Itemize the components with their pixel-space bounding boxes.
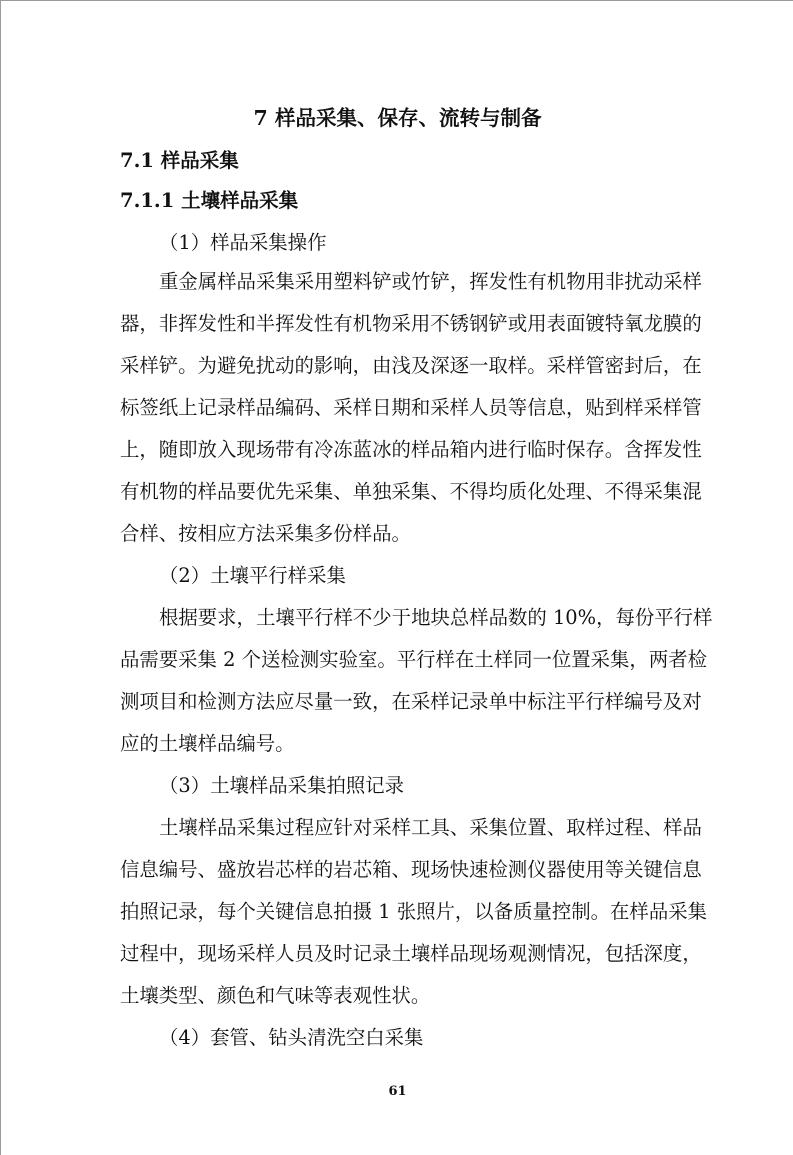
- paragraph-line: 根据要求，土壤平行样不少于地块总样品数的 10%，每份平行样: [159, 606, 676, 630]
- paragraph-line: 重金属样品采集采用塑料铲或竹铲，挥发性有机物用非扰动采样: [159, 270, 676, 294]
- item-heading-4: （4）套管、钻头清洗空白采集: [159, 1026, 715, 1050]
- subsection-title: 7.1.1 土壤样品采集: [120, 189, 676, 213]
- page-number: 61: [1, 1084, 793, 1100]
- paragraph-line: 土壤样品采集过程应针对采样工具、采集位置、取样过程、样品: [159, 816, 676, 840]
- paragraph-line: 应的土壤样品编号。: [120, 732, 676, 756]
- paragraph-line: 过程中，现场采样人员及时记录土壤样品现场观测情况，包括深度，: [120, 942, 676, 966]
- paragraph-line: 土壤类型、颜色和气味等表观性状。: [120, 984, 676, 1008]
- section-title: 7.1 样品采集: [120, 149, 676, 173]
- paragraph-line: 采样铲。为避免扰动的影响，由浅及深逐一取样。采样管密封后，在: [120, 354, 676, 378]
- paragraph-line: 信息编号、盛放岩芯样的岩芯箱、现场快速检测仪器使用等关键信息: [120, 858, 676, 882]
- paragraph-line: 器，非挥发性和半挥发性有机物采用不锈钢铲或用表面镀特氧龙膜的: [120, 312, 676, 336]
- chapter-title: 7 样品采集、保存、流转与制备: [1, 105, 793, 131]
- document-page: 7 样品采集、保存、流转与制备 7.1 样品采集 7.1.1 土壤样品采集 （1…: [0, 0, 793, 1155]
- paragraph-line: 上，随即放入现场带有冷冻蓝冰的样品箱内进行临时保存。含挥发性: [120, 438, 676, 462]
- item-heading-1: （1）样品采集操作: [159, 231, 715, 255]
- paragraph-line: 合样、按相应方法采集多份样品。: [120, 522, 676, 546]
- paragraph-line: 测项目和检测方法应尽量一致，在采样记录单中标注平行样编号及对: [120, 690, 676, 714]
- item-heading-3: （3）土壤样品采集拍照记录: [159, 774, 715, 798]
- paragraph-line: 拍照记录，每个关键信息拍摄 1 张照片，以备质量控制。在样品采集: [120, 900, 676, 924]
- paragraph-line: 标签纸上记录样品编码、采样日期和采样人员等信息，贴到样采样管: [120, 396, 676, 420]
- paragraph-line: 有机物的样品要优先采集、单独采集、不得均质化处理、不得采集混: [120, 480, 676, 504]
- item-heading-2: （2）土壤平行样采集: [159, 564, 715, 588]
- paragraph-line: 品需要采集 2 个送检测实验室。平行样在土样同一位置采集，两者检: [120, 648, 676, 672]
